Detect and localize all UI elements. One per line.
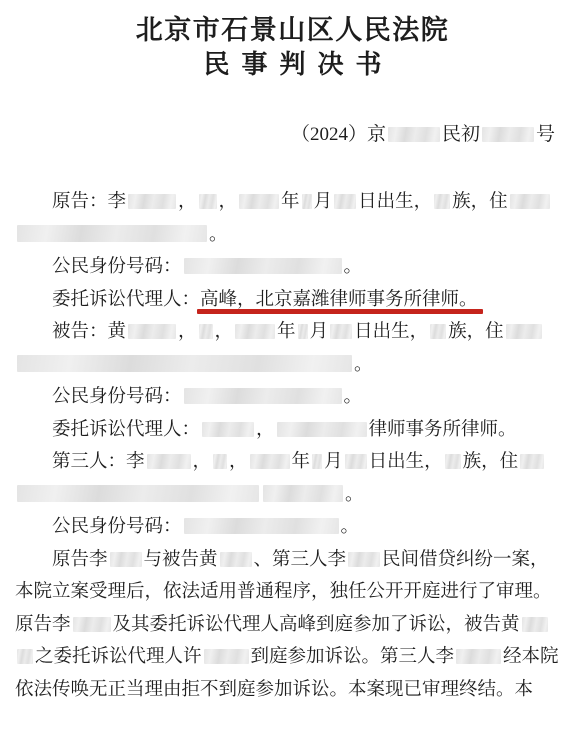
redaction-block bbox=[334, 194, 356, 209]
text-run: 原告：李 bbox=[52, 192, 126, 212]
text-run: 月 bbox=[314, 192, 333, 212]
redaction-block bbox=[330, 324, 352, 339]
text-run: 、第三人李 bbox=[254, 550, 347, 570]
text-run: （2024）京 bbox=[291, 124, 386, 145]
redaction-block bbox=[184, 258, 342, 274]
red-underlined-text: 高峰，北京嘉潍律师事务所律师。 bbox=[200, 290, 478, 310]
redaction-block bbox=[239, 194, 279, 209]
text-run: 与被告黄 bbox=[144, 550, 218, 570]
plaintiff-id-line: 公民身份号码：。 bbox=[15, 251, 573, 284]
text-run: 族，住 bbox=[448, 322, 504, 342]
text-run: 日出生， bbox=[354, 322, 428, 342]
text-run: 原告李 bbox=[52, 550, 108, 570]
text-run: ， bbox=[178, 322, 197, 342]
text-run: 被告：黄 bbox=[52, 322, 126, 342]
redaction-block bbox=[388, 127, 440, 142]
text-run: ， bbox=[178, 192, 197, 212]
case-summary-line-1: 原告李与被告黄、第三人李民间借贷纠纷一案， bbox=[15, 544, 573, 577]
judgment-document-page: 北京市石景山区人民法院 民事判决书 （2024）京民初号 原告：李，，年月日出生… bbox=[0, 0, 585, 750]
text-run: 及其委托诉讼代理人高峰到庭参加了诉讼，被告黄 bbox=[113, 615, 520, 635]
defendant-id-line: 公民身份号码：。 bbox=[15, 381, 573, 414]
text-run: 年 bbox=[281, 192, 300, 212]
text-run: ， bbox=[256, 420, 275, 440]
third-party-id-line: 公民身份号码：。 bbox=[15, 511, 573, 544]
text-run: 族，住 bbox=[463, 452, 519, 472]
case-summary-line-3: 原告李及其委托诉讼代理人高峰到庭参加了诉讼，被告黄 bbox=[15, 609, 573, 642]
text-run: 月 bbox=[310, 322, 329, 342]
redaction-block bbox=[17, 485, 259, 502]
court-name-title: 北京市石景山区人民法院 bbox=[0, 13, 585, 48]
case-summary-line-2: 本院立案受理后，依法适用普通程序，独任公开开庭进行了审理。 bbox=[15, 576, 573, 609]
text-run: 原告李 bbox=[15, 615, 71, 635]
redaction-block bbox=[430, 324, 446, 339]
text-run: 日出生， bbox=[358, 192, 432, 212]
plaintiff-address-line: 。 bbox=[15, 219, 573, 252]
redaction-block bbox=[312, 454, 322, 469]
text-run: ， bbox=[193, 452, 212, 472]
text-run: 。 bbox=[209, 225, 228, 245]
redaction-block bbox=[302, 194, 312, 209]
defendant-line: 被告：黄，，年月日出生，族，住 bbox=[15, 316, 573, 349]
redaction-block bbox=[128, 324, 176, 339]
redaction-block bbox=[220, 552, 252, 567]
text-run: 到庭参加诉讼。第三人李 bbox=[251, 647, 455, 667]
defendant-agent-line: 委托诉讼代理人：，律师事务所律师。 bbox=[15, 414, 573, 447]
redaction-block bbox=[520, 454, 544, 469]
redaction-block bbox=[510, 194, 550, 209]
text-run: 。 bbox=[354, 355, 373, 375]
redaction-block bbox=[17, 355, 352, 372]
text-run: 月 bbox=[324, 452, 343, 472]
text-run: 年 bbox=[292, 452, 311, 472]
text-run: 第三人：李 bbox=[52, 452, 145, 472]
document-body: 原告：李，，年月日出生，族，住。公民身份号码：。委托诉讼代理人：高峰，北京嘉潍律… bbox=[15, 186, 573, 706]
plaintiff-line: 原告：李，，年月日出生，族，住 bbox=[15, 186, 573, 219]
redaction-block bbox=[17, 649, 33, 664]
redaction-block bbox=[506, 324, 542, 339]
redaction-block bbox=[522, 617, 548, 632]
text-run: 号 bbox=[536, 124, 555, 145]
text-run: 。 bbox=[345, 485, 364, 505]
text-run: 年 bbox=[277, 322, 296, 342]
text-run: 公民身份号码： bbox=[52, 387, 182, 407]
redaction-block bbox=[110, 552, 142, 567]
redaction-block bbox=[263, 485, 343, 502]
text-run: 本院立案受理后，依法适用普通程序，独任公开开庭进行了审理。 bbox=[15, 582, 552, 602]
redaction-block bbox=[348, 552, 380, 567]
third-party-line: 第三人：李，，年月日出生，族，住 bbox=[15, 446, 573, 479]
text-run: 律师事务所律师。 bbox=[369, 420, 517, 440]
redaction-block bbox=[235, 324, 275, 339]
text-run: 委托诉讼代理人： bbox=[52, 290, 200, 310]
redaction-block bbox=[184, 388, 342, 404]
text-run: ， bbox=[219, 192, 238, 212]
redaction-block bbox=[184, 518, 339, 534]
case-number-line: （2024）京民初号 bbox=[291, 121, 555, 149]
text-run: 民初 bbox=[442, 124, 480, 145]
redaction-block bbox=[456, 649, 501, 664]
text-run: 之委托诉讼代理人许 bbox=[35, 647, 202, 667]
redaction-block bbox=[73, 617, 111, 632]
redaction-block bbox=[434, 194, 450, 209]
redaction-block bbox=[445, 454, 461, 469]
case-summary-line-5: 依法传唤无正当理由拒不到庭参加诉讼。本案现已审理终结。本 bbox=[15, 674, 573, 707]
text-run: 经本院 bbox=[503, 647, 559, 667]
text-run: ， bbox=[229, 452, 248, 472]
text-run: 依法传唤无正当理由拒不到庭参加诉讼。本案现已审理终结。本 bbox=[15, 680, 533, 700]
text-run: 。 bbox=[344, 257, 363, 277]
text-run: 日出生， bbox=[369, 452, 443, 472]
document-title-block: 北京市石景山区人民法院 民事判决书 bbox=[0, 13, 585, 81]
redaction-block bbox=[147, 454, 191, 469]
text-run: 族，住 bbox=[452, 192, 508, 212]
redaction-block bbox=[199, 194, 217, 209]
text-run: 公民身份号码： bbox=[52, 517, 182, 537]
redaction-block bbox=[17, 225, 207, 242]
document-type-title: 民事判决书 bbox=[0, 48, 585, 81]
case-summary-line-4: 之委托诉讼代理人许到庭参加诉讼。第三人李经本院 bbox=[15, 641, 573, 674]
text-run: 委托诉讼代理人： bbox=[52, 420, 200, 440]
redaction-block bbox=[202, 422, 254, 437]
redaction-block bbox=[213, 454, 227, 469]
text-run: 。 bbox=[341, 517, 360, 537]
redaction-block bbox=[345, 454, 367, 469]
text-run: 公民身份号码： bbox=[52, 257, 182, 277]
defendant-address-line: 。 bbox=[15, 349, 573, 382]
redaction-block bbox=[482, 127, 534, 142]
text-run: ， bbox=[215, 322, 234, 342]
redaction-block bbox=[277, 422, 367, 437]
redaction-block bbox=[204, 649, 249, 664]
text-run: 。 bbox=[344, 387, 363, 407]
text-run: 民间借贷纠纷一案， bbox=[382, 550, 549, 570]
redaction-block bbox=[128, 194, 176, 209]
redaction-block bbox=[250, 454, 290, 469]
redaction-block bbox=[199, 324, 213, 339]
redaction-block bbox=[298, 324, 308, 339]
third-party-address-line: 。 bbox=[15, 479, 573, 512]
plaintiff-agent-line: 委托诉讼代理人：高峰，北京嘉潍律师事务所律师。 bbox=[15, 284, 573, 317]
